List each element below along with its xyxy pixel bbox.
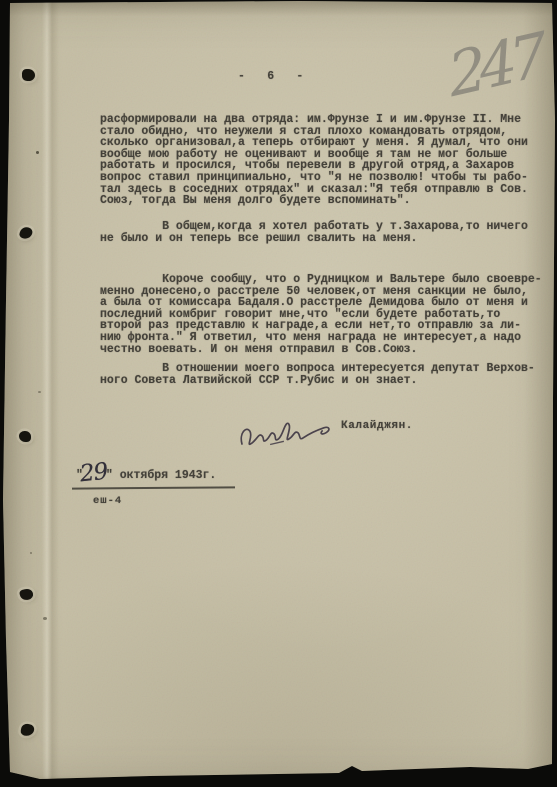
punch-hole — [18, 225, 33, 240]
punch-hole — [22, 69, 35, 81]
body-paragraph-3: Короче сообщу, что о Рудницком и Вальтер… — [100, 274, 552, 355]
footer-code: еш-4 — [93, 495, 122, 507]
archival-number-pencil: 247 — [446, 26, 544, 107]
signature-block: Калайджян. — [236, 411, 456, 455]
body-paragraph-4: В отношении моего вопроса интересуется д… — [100, 363, 552, 386]
punch-hole — [20, 723, 35, 737]
page-number: - 6 - — [238, 70, 304, 83]
paper-speck — [43, 617, 47, 620]
paper-speck — [36, 151, 39, 154]
signature-name-typed: Калайджян. — [341, 420, 413, 432]
date-rest-typed: " октября 1943г. — [106, 469, 216, 482]
paper-speck — [30, 552, 32, 554]
handwritten-signature-icon — [235, 409, 340, 454]
body-paragraph-2: В общем,когда я хотел работать у т.Захар… — [100, 221, 552, 244]
punch-hole — [19, 431, 31, 442]
document-scan: - 6 - 247 расформировали на два отряда: … — [0, 0, 557, 787]
paper-speck — [38, 391, 41, 393]
date-underline — [72, 486, 235, 489]
date-day-handwritten: 29 — [79, 459, 109, 488]
body-paragraph-1: расформировали на два отряда: им.Фрунзе … — [100, 114, 552, 207]
paper-sheet: - 6 - 247 расформировали на два отряда: … — [0, 0, 557, 787]
punch-hole — [19, 588, 34, 602]
